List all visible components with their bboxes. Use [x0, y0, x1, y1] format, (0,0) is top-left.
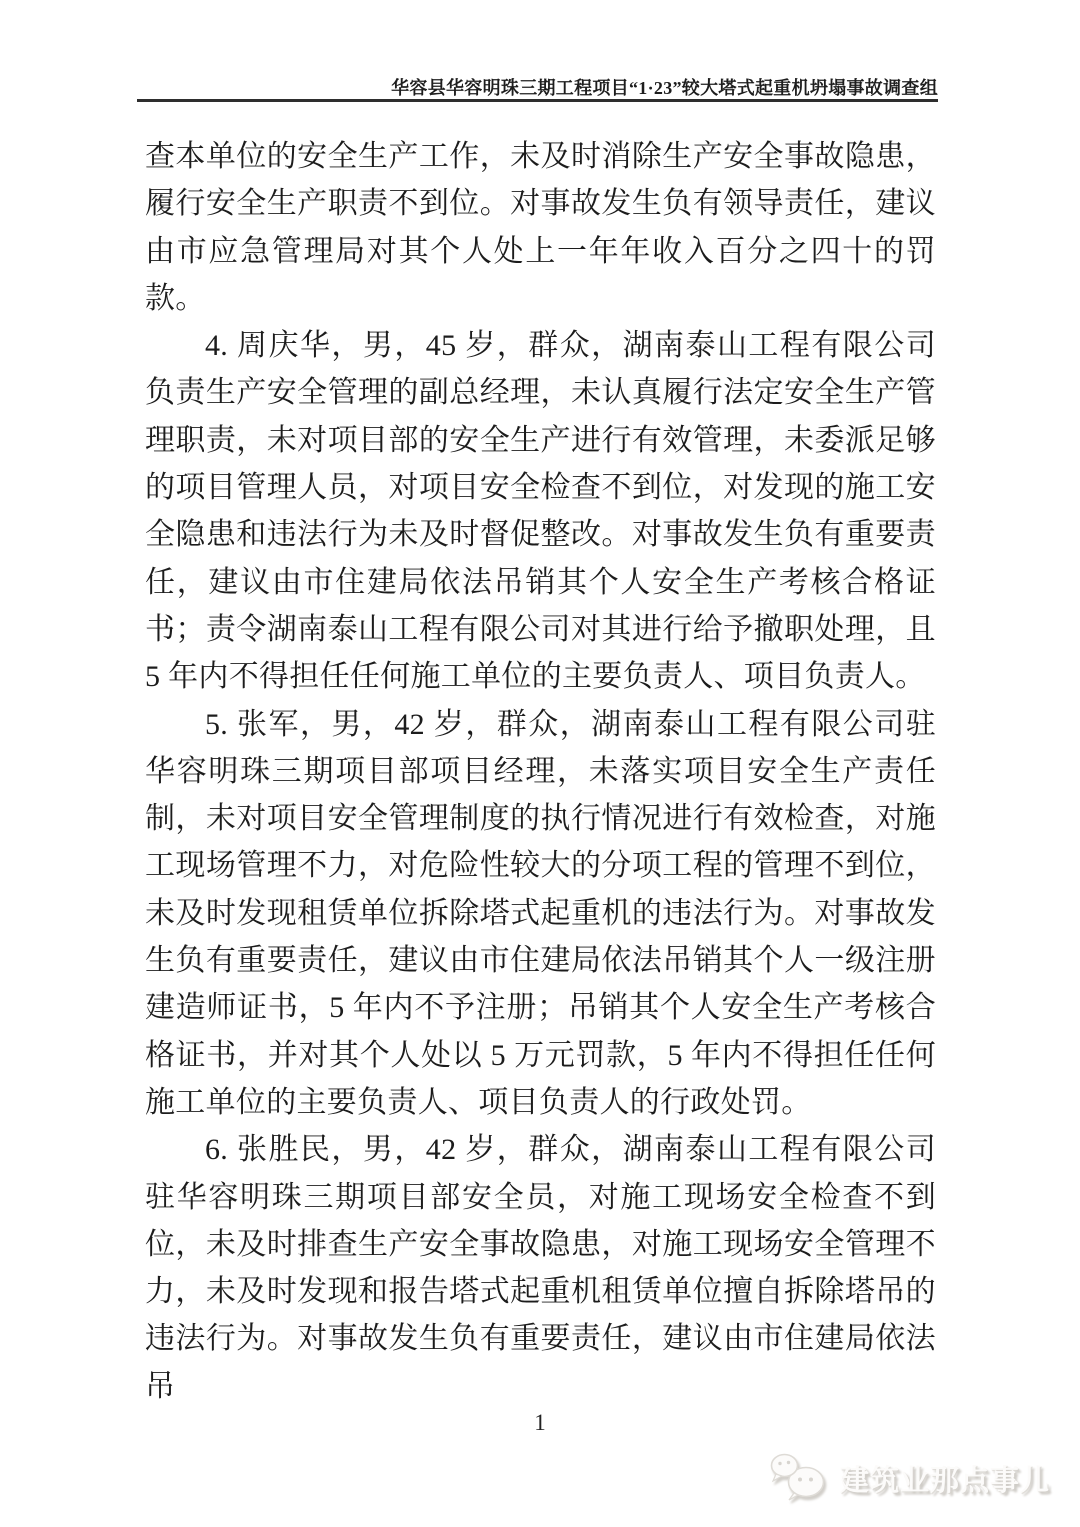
wechat-icon [770, 1453, 828, 1503]
paragraph: 6. 张胜民，男，42 岁，群众，湖南泰山工程有限公司驻华容明珠三期项目部安全员… [145, 1126, 936, 1410]
document-page: 华容县华容明珠三期工程项目“1·23”较大塔式起重机坍塌事故调查组 查本单位的安… [0, 0, 1080, 1527]
watermark-text: 建筑业那点事儿 [840, 1458, 1050, 1499]
paragraph: 5. 张军，男，42 岁，群众，湖南泰山工程有限公司驻华容明珠三期项目部项目经理… [145, 701, 936, 1127]
header-title: 华容县华容明珠三期工程项目“1·23”较大塔式起重机坍塌事故调查组 [137, 74, 938, 100]
page-number: 1 [0, 1410, 1080, 1436]
paragraph: 4. 周庆华，男，45 岁，群众，湖南泰山工程有限公司负责生产安全管理的副总经理… [145, 322, 936, 700]
paragraph: 查本单位的安全生产工作，未及时消除生产安全事故隐患，履行安全生产职责不到位。对事… [145, 133, 936, 322]
watermark: 建筑业那点事儿 [770, 1453, 1050, 1503]
header-rule [137, 99, 938, 102]
document-body: 查本单位的安全生产工作，未及时消除生产安全事故隐患，履行安全生产职责不到位。对事… [145, 133, 936, 1410]
